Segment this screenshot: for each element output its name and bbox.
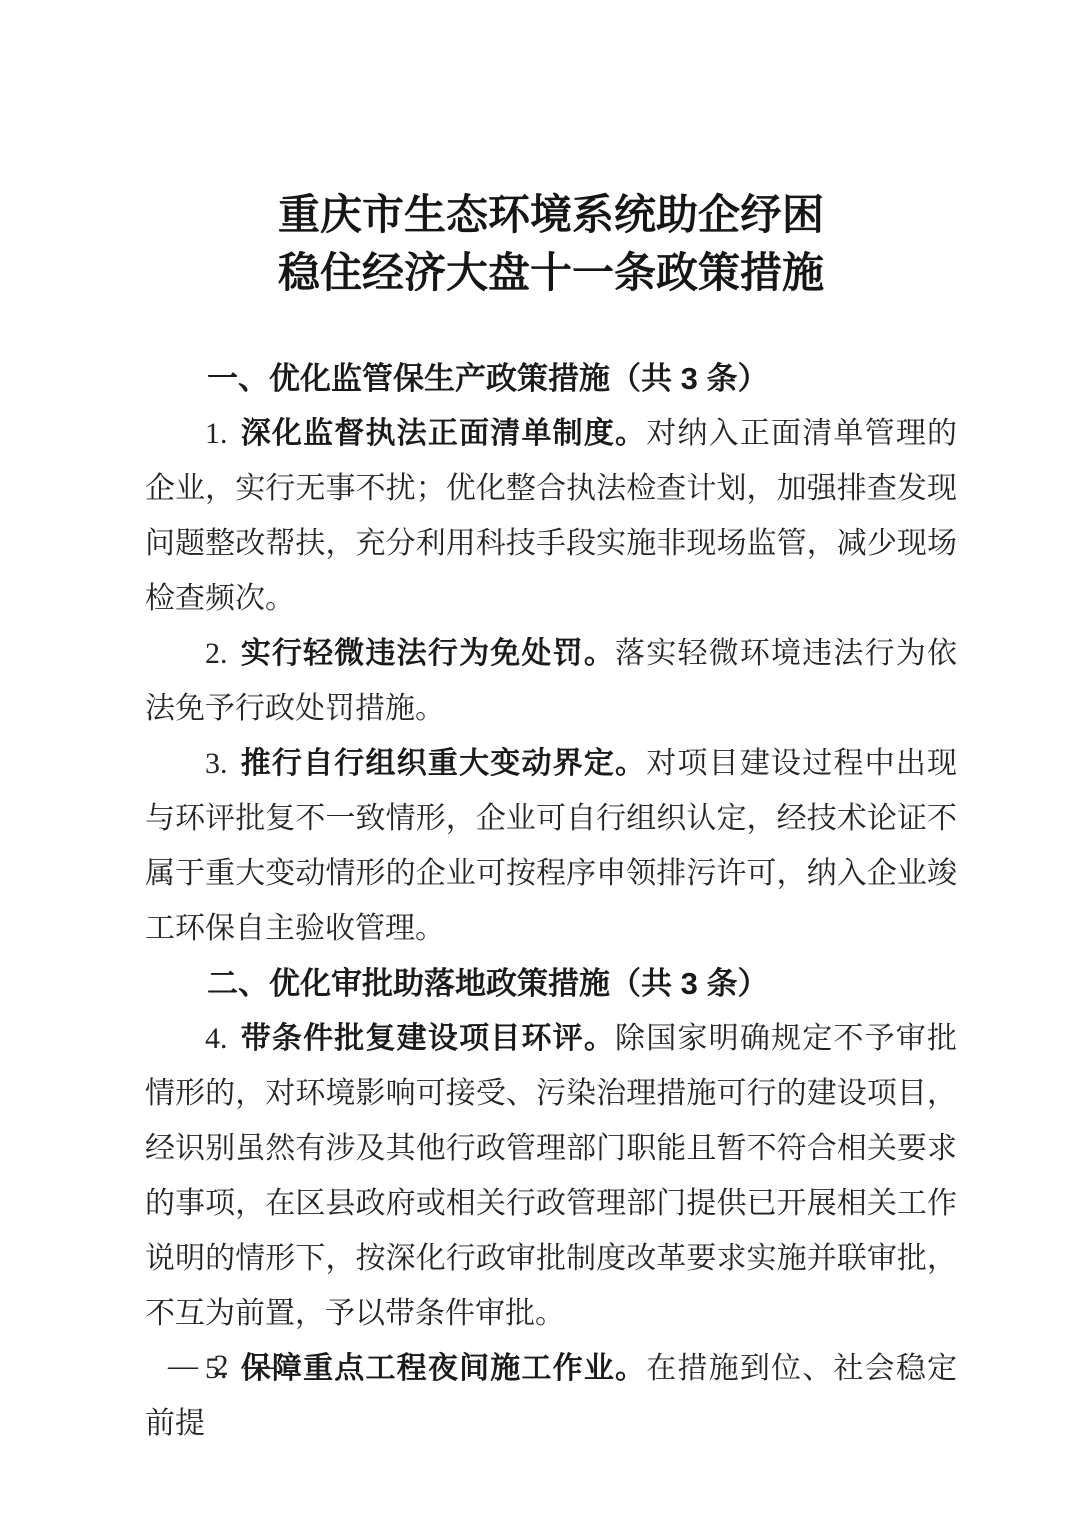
item-body: 除国家明确规定不予审批情形的，对环境影响可接受、污染治理措施可行的建设项目，经识… — [145, 1022, 957, 1330]
document-content: 重庆市生态环境系统助企纾困 稳住经济大盘十一条政策措施 一、优化监管保生产政策措… — [145, 0, 957, 1451]
document-title-line-1: 重庆市生态环境系统助企纾困 — [145, 187, 957, 245]
item-lead: 保障重点工程夜间施工作业。 — [240, 1352, 647, 1385]
item-lead: 推行自行组织重大变动界定。 — [240, 747, 647, 780]
section-heading-1: 一、优化监管保生产政策措施（共 3 条） — [145, 351, 957, 406]
document-title: 重庆市生态环境系统助企纾困 稳住经济大盘十一条政策措施 — [145, 187, 957, 303]
item-number: 1. — [205, 417, 228, 450]
document-body: 一、优化监管保生产政策措施（共 3 条） 1.深化监督执法正面清单制度。对纳入正… — [145, 351, 957, 1451]
document-page: 重庆市生态环境系统助企纾困 稳住经济大盘十一条政策措施 一、优化监管保生产政策措… — [0, 0, 1074, 1520]
item-number: 3. — [205, 747, 228, 780]
policy-item-1: 1.深化监督执法正面清单制度。对纳入正面清单管理的企业，实行无事不扰；优化整合执… — [145, 406, 957, 626]
page-number: — 2 — — [168, 1348, 278, 1384]
item-number: 2. — [205, 637, 228, 670]
item-lead: 实行轻微违法行为免处罚。 — [240, 637, 616, 670]
item-number: 4. — [205, 1022, 228, 1055]
document-title-line-2: 稳住经济大盘十一条政策措施 — [145, 245, 957, 303]
item-lead: 深化监督执法正面清单制度。 — [240, 417, 647, 450]
policy-item-2: 2.实行轻微违法行为免处罚。落实轻微环境违法行为依法免予行政处罚措施。 — [145, 626, 957, 736]
policy-item-3: 3.推行自行组织重大变动界定。对项目建设过程中出现与环评批复不一致情形，企业可自… — [145, 736, 957, 956]
policy-item-4: 4.带条件批复建设项目环评。除国家明确规定不予审批情形的，对环境影响可接受、污染… — [145, 1011, 957, 1341]
section-heading-2: 二、优化审批助落地政策措施（共 3 条） — [145, 956, 957, 1011]
item-lead: 带条件批复建设项目环评。 — [240, 1022, 616, 1055]
